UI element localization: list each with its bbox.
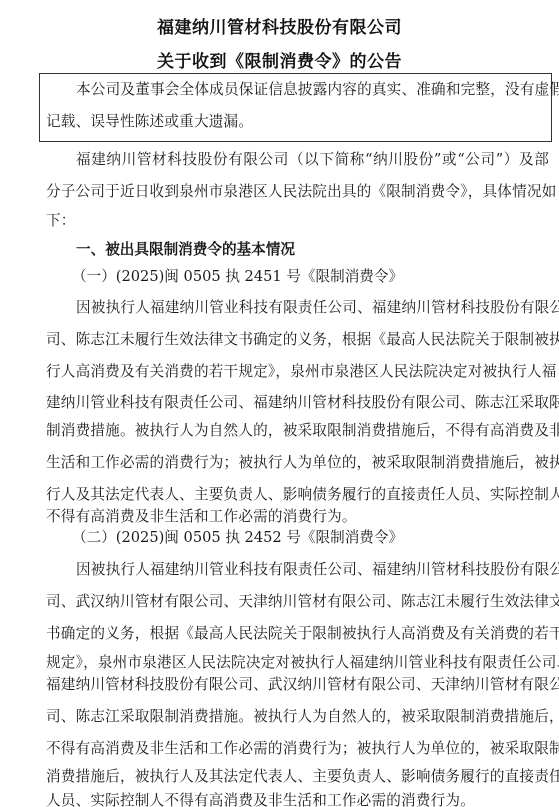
- body-line: 行人及其法定代表人、主要负责人、影响债务履行的直接责任人员、实际控制人: [46, 485, 549, 505]
- body-line: 消费措施后，被执行人及其法定代表人、主要负责人、影响债务履行的直接责任: [46, 767, 549, 787]
- body-line: 司、陈志江采取限制消费措施。被执行人为自然人的，被采取限制消费措施后，: [46, 707, 549, 727]
- announcement-title: 关于收到《限制消费令》的公告: [0, 47, 559, 72]
- statement-line: 本公司及董事会全体成员保证信息披露内容的真实、准确和完整，没有虚假: [76, 80, 546, 100]
- item-heading: （二）(2025)闽 0505 执 2452 号《限制消费令》: [72, 528, 403, 548]
- section-heading: 一、被出具限制消费令的基本情况: [76, 240, 295, 260]
- body-line: 司、陈志江未履行生效法律文书确定的义务，根据《最高人民法院关于限制被执: [46, 330, 549, 350]
- body-line: 司、武汉纳川管材有限公司、天津纳川管材有限公司、陈志江未履行生效法律文: [46, 592, 549, 612]
- body-line: 生活和工作必需的消费行为；被执行人为单位的，被采取限制消费措施后，被执: [46, 453, 549, 473]
- body-line: 人员、实际控制人不得有高消费及非生活和工作必需的消费行为。: [46, 791, 549, 807]
- body-line: 行人高消费及有关消费的若干规定》，泉州市泉港区人民法院决定对被执行人福: [46, 362, 549, 382]
- intro-line: 福建纳川管材科技股份有限公司（以下简称“纳川股份”或“公司”）及部: [76, 150, 549, 170]
- body-line: 福建纳川管材科技股份有限公司、武汉纳川管材有限公司、天津纳川管材有限公: [46, 675, 549, 695]
- intro-line: 分子公司于近日收到泉州市泉港区人民法院出具的《限制消费令》，具体情况如: [46, 182, 549, 202]
- body-line: 不得有高消费及非生活和工作必需的消费行为。: [46, 507, 549, 527]
- body-line: 制消费措施。被执行人为自然人的，被采取限制消费措施后，不得有高消费及非: [46, 421, 549, 441]
- item-heading: （一）(2025)闽 0505 执 2451 号《限制消费令》: [72, 267, 403, 287]
- body-line: 书确定的义务，根据《最高人民法院关于限制被执行人高消费及有关消费的若干: [46, 624, 549, 644]
- body-line: 规定》，泉州市泉港区人民法院决定对被执行人福建纳川管业科技有限责任公司、: [46, 653, 549, 673]
- body-line: 建纳川管业科技有限责任公司、福建纳川管材科技股份有限公司、陈志江采取限: [46, 393, 549, 413]
- body-line: 因被执行人福建纳川管业科技有限责任公司、福建纳川管材科技股份有限公: [76, 298, 549, 318]
- statement-line: 记载、误导性陈述或重大遗漏。: [46, 112, 546, 132]
- body-line: 因被执行人福建纳川管业科技有限责任公司、福建纳川管材科技股份有限公: [76, 560, 549, 580]
- body-line: 不得有高消费及非生活和工作必需的消费行为；被执行人为单位的，被采取限制: [46, 739, 549, 759]
- intro-line: 下：: [46, 211, 549, 231]
- company-title: 福建纳川管材科技股份有限公司: [0, 13, 559, 38]
